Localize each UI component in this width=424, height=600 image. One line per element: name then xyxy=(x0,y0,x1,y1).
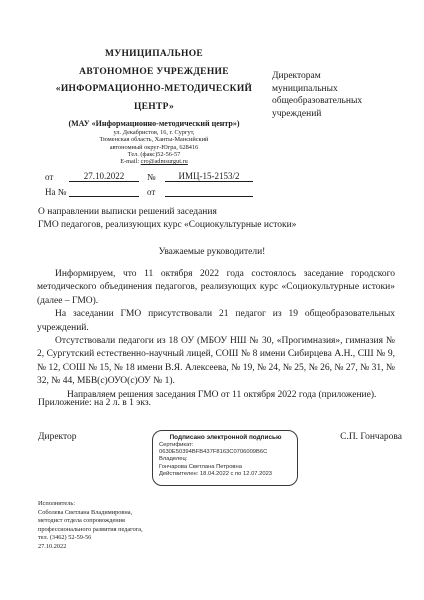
org-name-line: ЦЕНТР» xyxy=(38,99,270,117)
org-name-line: АВТОНОМНОЕ УЧРЕЖДЕНИЕ xyxy=(38,64,270,82)
body-paragraph: Отсутствовали педагоги из 18 ОУ (МБОУ НШ… xyxy=(37,335,395,389)
executor-line: методист отдела сопровождения xyxy=(38,517,143,526)
salutation: Уважаемые руководители! xyxy=(0,247,424,257)
executor-line: профессионального развития педагога, xyxy=(38,526,143,535)
subject-line: О направлении выписки решений заседания xyxy=(38,206,378,219)
addressee-line: Директорам xyxy=(272,70,402,83)
signer-position: Директор xyxy=(38,432,77,442)
ref-from-label: от xyxy=(45,172,69,182)
subject-block: О направлении выписки решений заседания … xyxy=(38,206,378,232)
reference-block: от 27.10.2022 № ИМЦ-15-2153/2 На № от xyxy=(45,167,253,197)
org-phone-line: Тел. (факс)52-56-57 xyxy=(38,151,270,158)
executor-line: Соболева Светлана Владимировна, xyxy=(38,509,143,518)
stamp-cert-label: Сертификат: xyxy=(159,442,292,449)
org-name-line: «ИНФОРМАЦИОННО-МЕТОДИЧЕСКИЙ xyxy=(38,81,270,99)
stamp-title: Подписано электронной подписью xyxy=(159,434,292,442)
executor-line: тел. (3462) 52-59-56 xyxy=(38,534,143,543)
stamp-owner-value: Гончарова Светлана Петровна xyxy=(159,464,292,471)
body-paragraph: На заседании ГМО присутствовали 21 педаг… xyxy=(37,308,395,335)
stamp-cert-value: 0630E50394BFB437F8163C0706009B6C xyxy=(159,449,292,456)
org-name-line: МУНИЦИПАЛЬНОЕ xyxy=(38,46,270,64)
digital-signature-stamp: Подписано электронной подписью Сертифика… xyxy=(152,430,298,486)
email-link[interactable]: cro@admsurgut.ru xyxy=(141,158,188,165)
ref-reply-label: На № xyxy=(45,187,69,197)
body-paragraph: Информируем, что 11 октября 2022 года со… xyxy=(37,268,395,308)
ref-number-label: № xyxy=(147,172,165,182)
subject-line: ГМО педагогов, реализующих курс «Социоку… xyxy=(38,219,378,232)
reference-row-outgoing: от 27.10.2022 № ИМЦ-15-2153/2 xyxy=(45,167,253,182)
email-label: E-mail: xyxy=(120,158,140,165)
addressee-block: Директорам муниципальных общеобразовател… xyxy=(272,70,402,120)
org-address-line: автономный округ-Югра, 628416 xyxy=(38,144,270,151)
addressee-line: муниципальных xyxy=(272,83,402,96)
ref-reply-number-blank xyxy=(69,196,139,197)
letter-body: Информируем, что 11 октября 2022 года со… xyxy=(37,268,395,402)
org-abbreviation: (МАУ «Информационно-методический центр») xyxy=(38,118,270,129)
ref-date-value: 27.10.2022 xyxy=(69,171,139,182)
document-page: МУНИЦИПАЛЬНОЕ АВТОНОМНОЕ УЧРЕЖДЕНИЕ «ИНФ… xyxy=(0,0,424,600)
org-address-line: Тюменская область, Ханты-Мансийский xyxy=(38,136,270,143)
executor-line: 27.10.2022 xyxy=(38,543,143,552)
ref-reply-from-label: от xyxy=(147,187,165,197)
org-header: МУНИЦИПАЛЬНОЕ АВТОНОМНОЕ УЧРЕЖДЕНИЕ «ИНФ… xyxy=(38,46,270,165)
stamp-owner-label: Владелец: xyxy=(159,456,292,463)
org-address-line: ул. Декабристов, 16, г. Сургут, xyxy=(38,129,270,136)
stamp-validity: Действителен: 18.04.2022 с по 12.07.2023 xyxy=(159,471,292,478)
org-email-line: E-mail: cro@admsurgut.ru xyxy=(38,158,270,165)
addressee-line: общеобразовательных xyxy=(272,95,402,108)
reference-row-incoming: На № от xyxy=(45,182,253,197)
signer-name: С.П. Гончарова xyxy=(340,432,402,442)
ref-reply-date-blank xyxy=(165,196,253,197)
addressee-line: учреждений xyxy=(272,108,402,121)
attachment-note: Приложение: на 2 л. в 1 экз. xyxy=(38,398,151,408)
executor-block: Исполнитель: Соболева Светлана Владимиро… xyxy=(38,500,143,552)
executor-line: Исполнитель: xyxy=(38,500,143,509)
ref-number-value: ИМЦ-15-2153/2 xyxy=(165,171,253,182)
